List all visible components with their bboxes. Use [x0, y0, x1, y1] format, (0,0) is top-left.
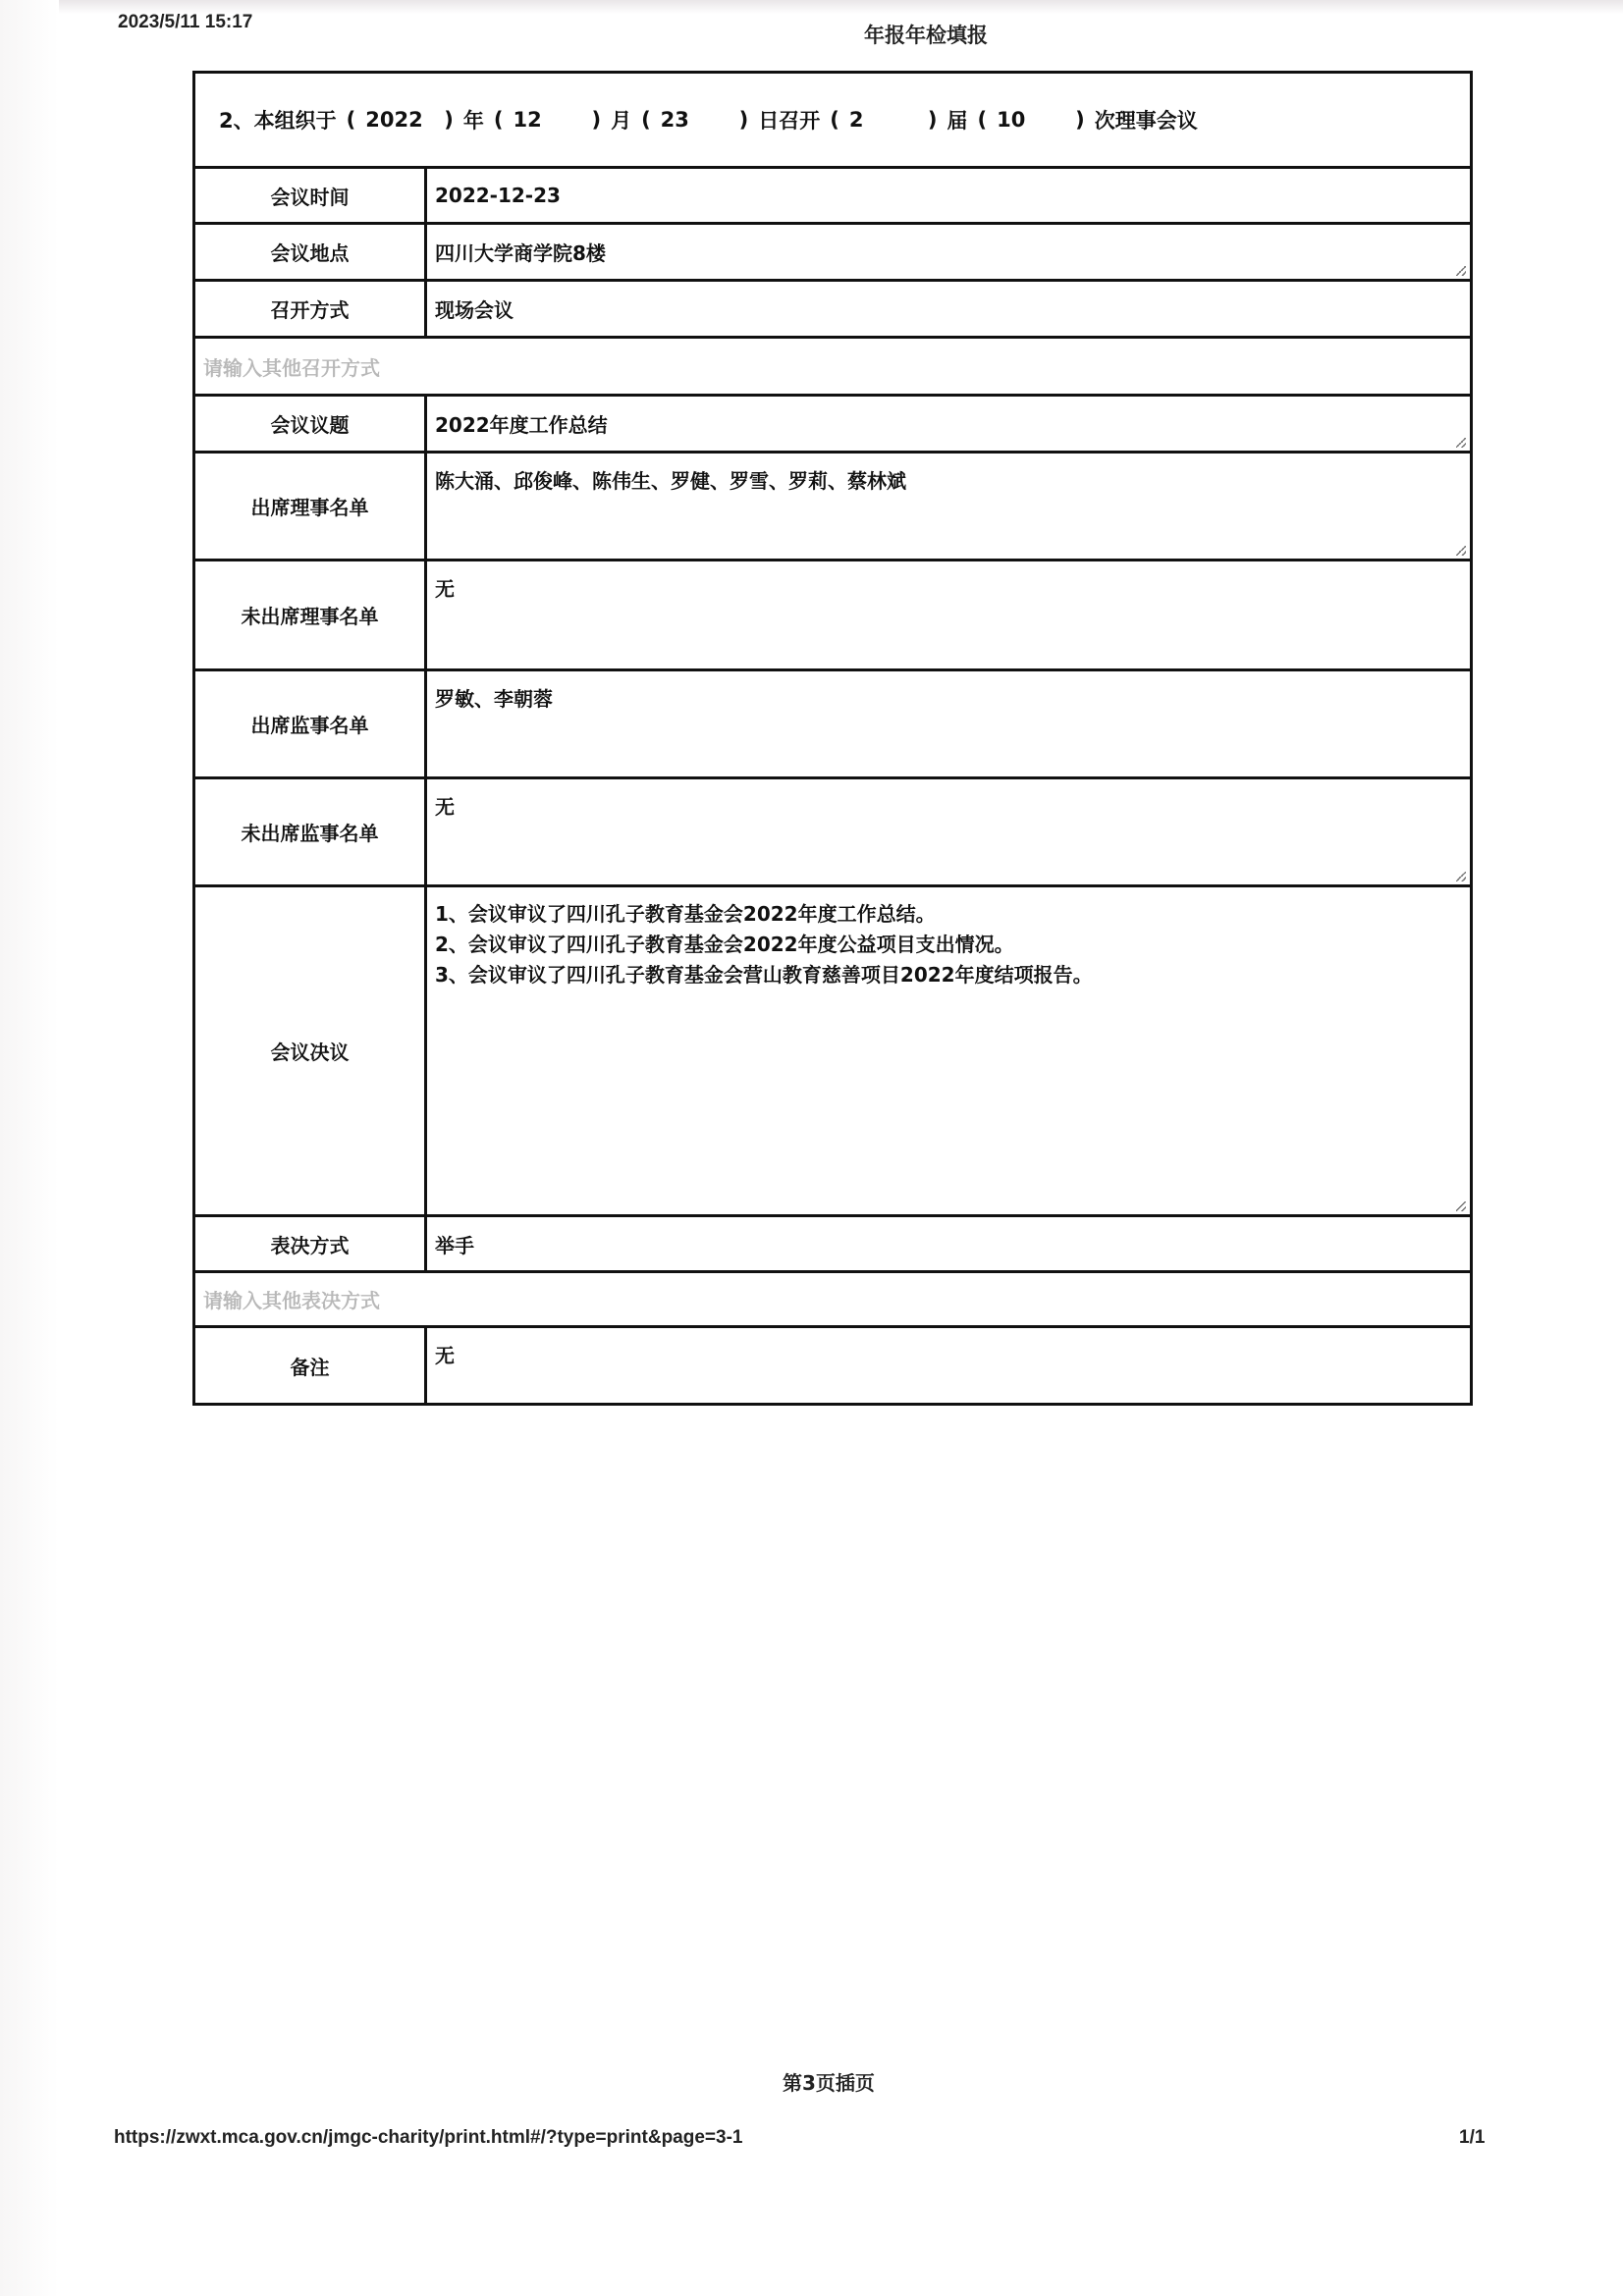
meeting-header-cell: 2、本组织于 ( 2022 ) 年 ( 12 ) 月 ( 23 ) 日召开 ( …: [194, 73, 1472, 168]
absent-directors-label: 未出席理事名单: [194, 561, 426, 670]
other-voting-input[interactable]: 请输入其他表决方式: [194, 1272, 1472, 1327]
form-row: 备注 无: [194, 1327, 1472, 1405]
resolutions-label: 会议决议: [194, 886, 426, 1216]
resolution-item: 3、会议审议了四川孔子教育基金会营山教育慈善项目2022年度结项报告。: [435, 960, 1470, 990]
resize-grip-icon[interactable]: [1456, 266, 1466, 276]
remarks-label: 备注: [194, 1327, 426, 1405]
form-row: 会议时间 2022-12-23: [194, 168, 1472, 224]
meeting-time-field[interactable]: 2022-12-23: [426, 168, 1472, 224]
form-row: 召开方式 现场会议: [194, 281, 1472, 338]
meeting-count-field[interactable]: 10: [997, 108, 1065, 132]
print-page-count: 1/1: [1459, 2127, 1485, 2149]
meeting-header-prefix: 2、本组织于: [219, 105, 337, 134]
attending-supervisors-label: 出席监事名单: [194, 670, 426, 778]
attending-directors-field[interactable]: 陈大涌、邱俊峰、陈伟生、罗健、罗雪、罗莉、蔡林斌: [426, 453, 1472, 561]
form-row: 表决方式 举手: [194, 1216, 1472, 1272]
form-row: 请输入其他召开方式: [194, 338, 1472, 396]
count-unit: 次理事会议: [1095, 105, 1198, 134]
meeting-day-field[interactable]: 23: [661, 108, 730, 132]
resize-grip-icon[interactable]: [1456, 1201, 1466, 1211]
resolutions-field[interactable]: 1、会议审议了四川孔子教育基金会2022年度工作总结。 2、会议审议了四川孔子教…: [426, 886, 1472, 1216]
resize-grip-icon[interactable]: [1456, 546, 1466, 556]
print-datetime: 2023/5/11 15:17: [118, 12, 252, 33]
year-unit: 年: [463, 105, 484, 134]
form-row: 会议决议 1、会议审议了四川孔子教育基金会2022年度工作总结。 2、会议审议了…: [194, 886, 1472, 1216]
meeting-topic-value: 2022年度工作总结: [435, 413, 608, 437]
form-row: 未出席理事名单 无: [194, 561, 1472, 670]
meeting-year-field[interactable]: 2022: [365, 108, 434, 132]
meeting-topic-label: 会议议题: [194, 396, 426, 453]
meeting-place-label: 会议地点: [194, 224, 426, 281]
session-field[interactable]: 2: [849, 108, 918, 132]
meeting-topic-field[interactable]: 2022年度工作总结: [426, 396, 1472, 453]
attending-directors-label: 出席理事名单: [194, 453, 426, 561]
month-unit: 月: [611, 105, 631, 134]
meeting-header: 2、本组织于 ( 2022 ) 年 ( 12 ) 月 ( 23 ) 日召开 ( …: [219, 105, 1470, 134]
form-row: 请输入其他表决方式: [194, 1272, 1472, 1327]
form-row: 未出席监事名单 无: [194, 778, 1472, 886]
resize-grip-icon[interactable]: [1456, 438, 1466, 448]
absent-directors-field[interactable]: 无: [426, 561, 1472, 670]
meeting-method-select[interactable]: 现场会议: [426, 281, 1472, 338]
resize-grip-icon[interactable]: [1456, 872, 1466, 881]
meeting-time-label: 会议时间: [194, 168, 426, 224]
absent-supervisors-field[interactable]: 无: [426, 778, 1472, 886]
meeting-place-field[interactable]: 四川大学商学院8楼: [426, 224, 1472, 281]
resolution-item: 1、会议审议了四川孔子教育基金会2022年度工作总结。: [435, 899, 1470, 930]
voting-method-select[interactable]: 举手: [426, 1216, 1472, 1272]
voting-method-label: 表决方式: [194, 1216, 426, 1272]
attending-directors-value: 陈大涌、邱俊峰、陈伟生、罗健、罗雪、罗莉、蔡林斌: [435, 469, 906, 493]
session-unit: 届: [947, 105, 968, 134]
attending-supervisors-field[interactable]: 罗敏、李朝蓉: [426, 670, 1472, 778]
meeting-header-row: 2、本组织于 ( 2022 ) 年 ( 12 ) 月 ( 23 ) 日召开 ( …: [194, 73, 1472, 168]
absent-supervisors-value: 无: [435, 795, 455, 819]
page-label: 第3页插页: [783, 2067, 875, 2096]
print-page-title: 年报年检填报: [864, 20, 988, 49]
other-method-input[interactable]: 请输入其他召开方式: [194, 338, 1472, 396]
form-row: 会议议题 2022年度工作总结: [194, 396, 1472, 453]
form-row: 出席监事名单 罗敏、李朝蓉: [194, 670, 1472, 778]
day-unit: 日召开: [758, 105, 820, 134]
form-row: 出席理事名单 陈大涌、邱俊峰、陈伟生、罗健、罗雪、罗莉、蔡林斌: [194, 453, 1472, 561]
print-url: https://zwxt.mca.gov.cn/jmgc-charity/pri…: [114, 2127, 742, 2149]
absent-supervisors-label: 未出席监事名单: [194, 778, 426, 886]
scan-edge: [0, 0, 59, 2296]
meeting-place-value: 四川大学商学院8楼: [435, 241, 606, 265]
form-row: 会议地点 四川大学商学院8楼: [194, 224, 1472, 281]
remarks-field[interactable]: 无: [426, 1327, 1472, 1405]
resolution-item: 2、会议审议了四川孔子教育基金会2022年度公益项目支出情况。: [435, 930, 1470, 960]
meeting-form-table: 2、本组织于 ( 2022 ) 年 ( 12 ) 月 ( 23 ) 日召开 ( …: [192, 71, 1473, 1406]
meeting-method-label: 召开方式: [194, 281, 426, 338]
meeting-month-field[interactable]: 12: [513, 108, 581, 132]
